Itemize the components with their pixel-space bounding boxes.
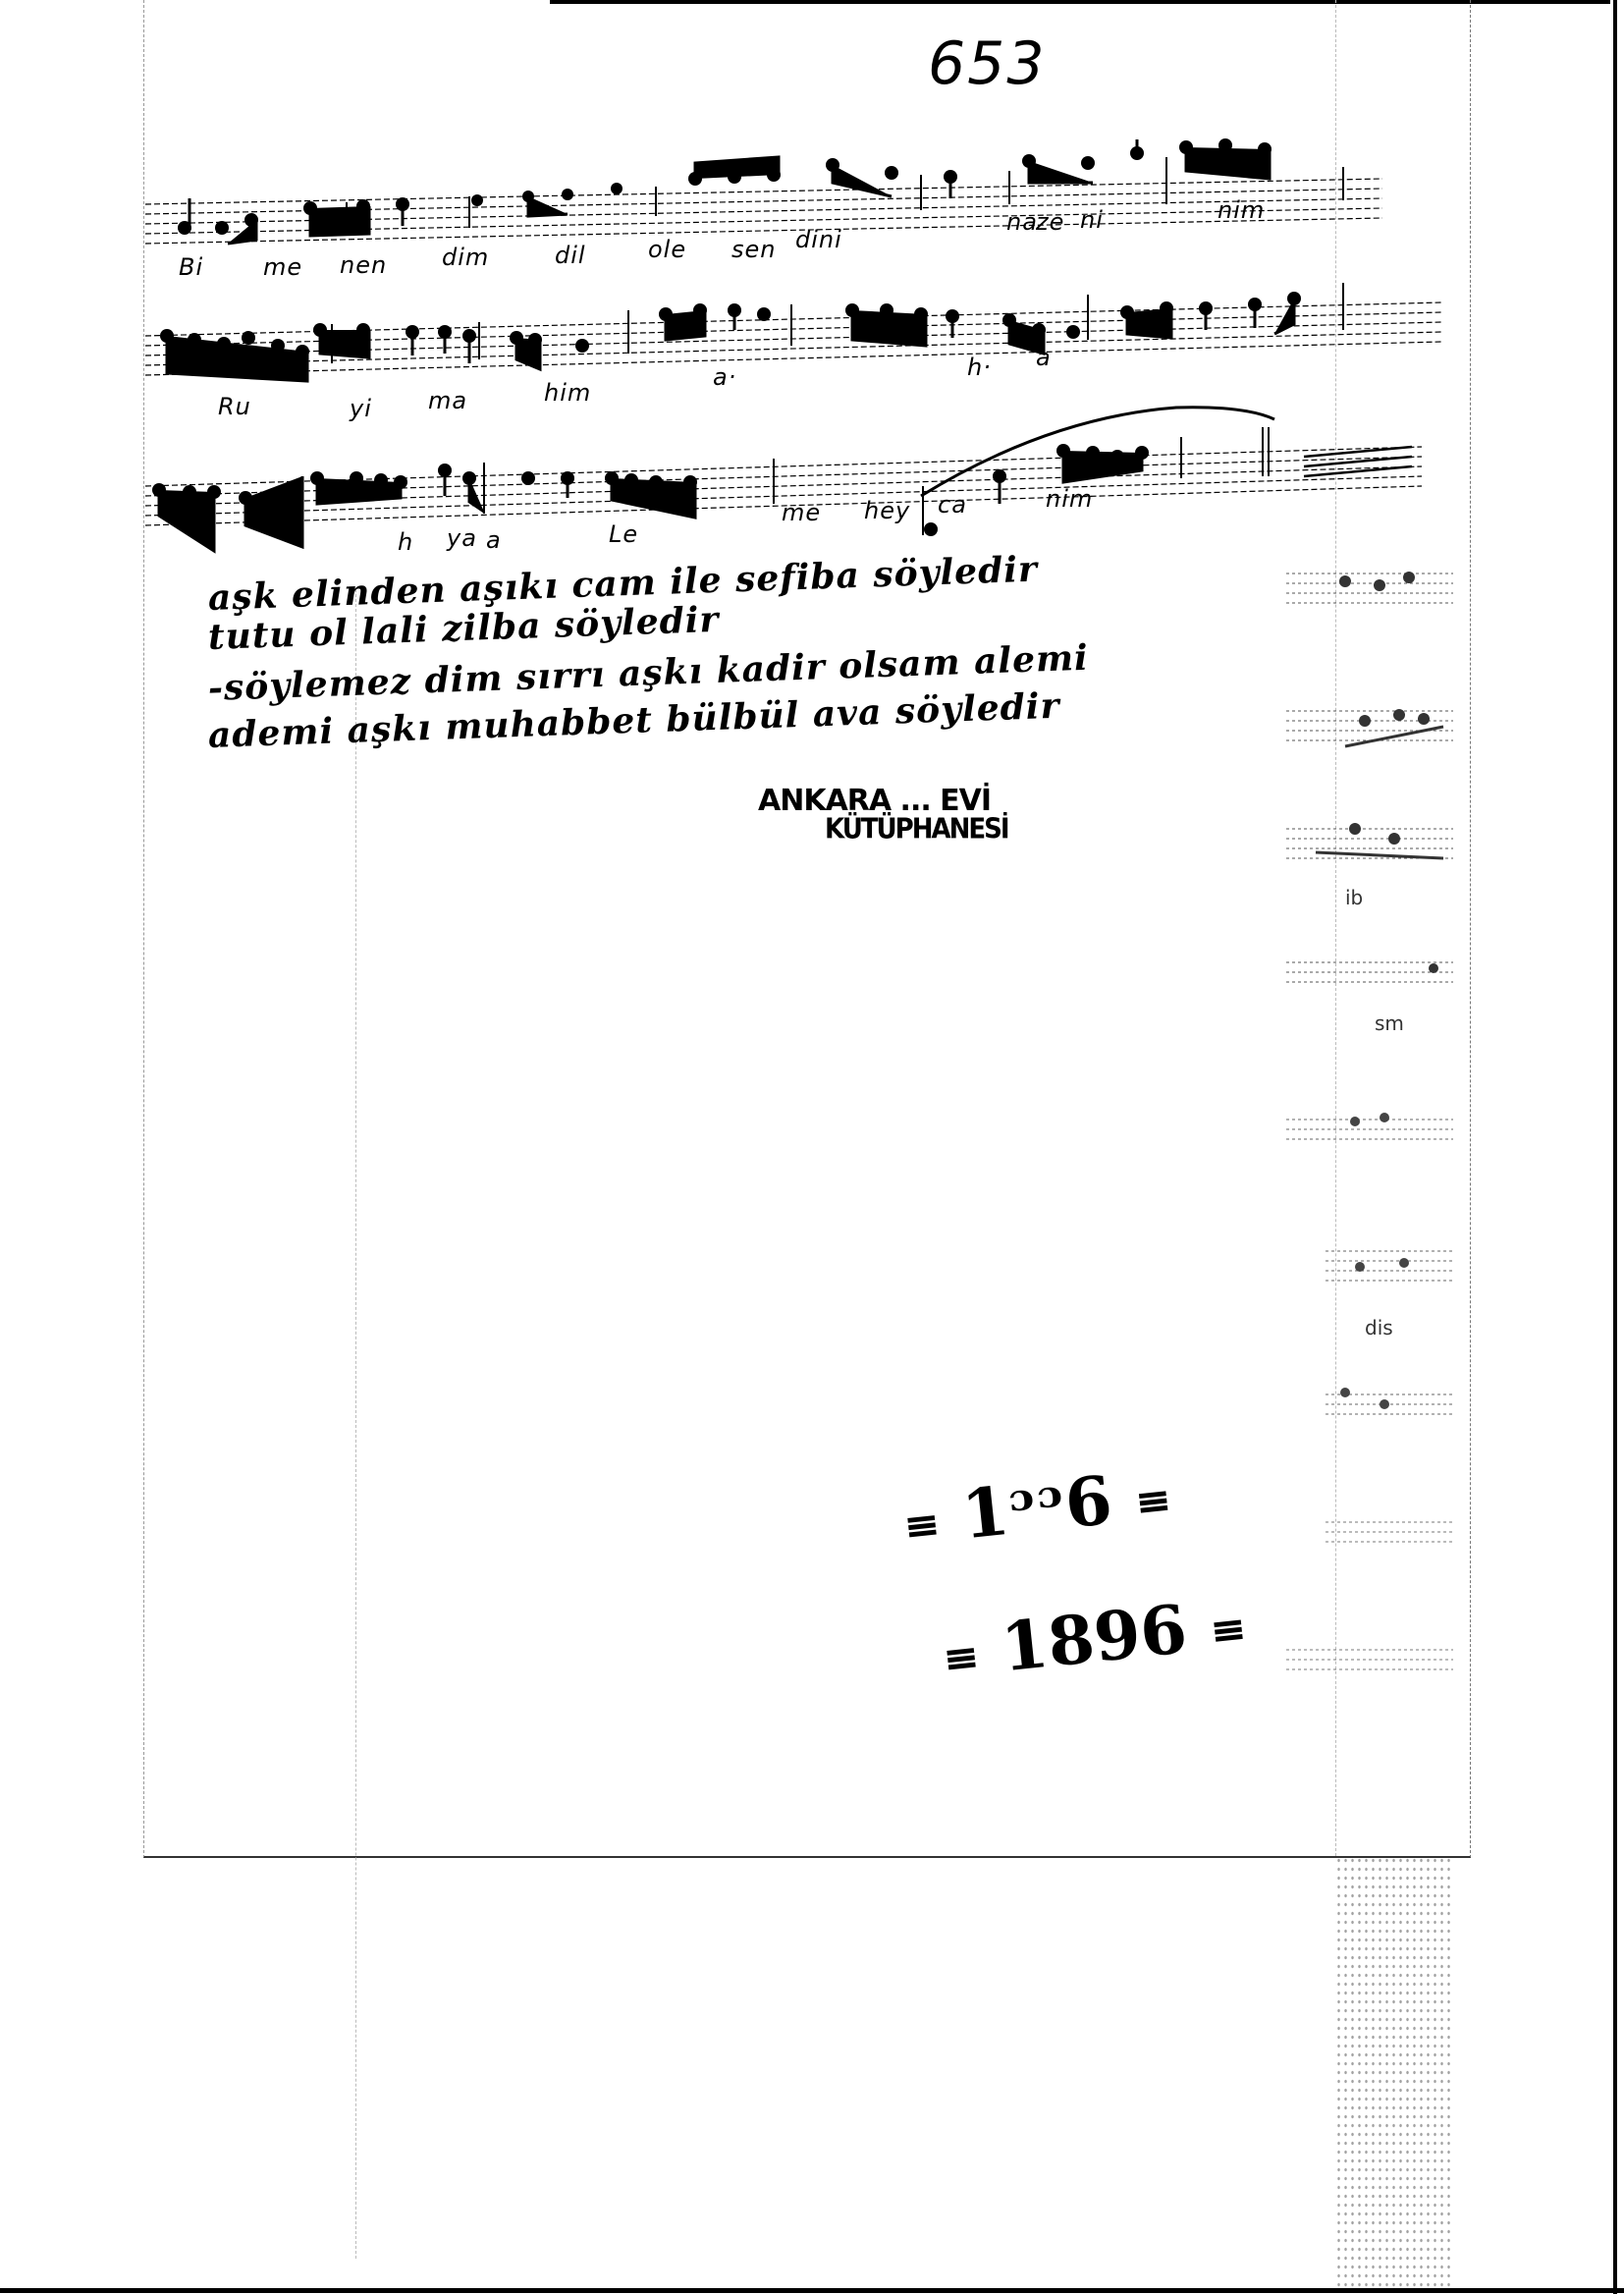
page-number: 653 [928,29,1047,98]
lyric-syllable: nim [1218,196,1265,224]
lyric-syllable: sen [731,236,776,263]
faint-staff-icon [1286,1100,1453,1159]
library-stamp: ANKARA ... EVİ KÜTÜPHANESİ [758,786,1008,844]
faint-staff-icon [1286,815,1453,874]
lyric-syllable: h· [967,354,992,381]
faint-staff-icon [1286,560,1453,619]
margin-label: sm [1375,1011,1404,1035]
lyric-syllable: a [486,526,502,554]
page-border-right [1613,0,1617,2294]
staff-notation-icon [145,275,1451,403]
lyric-syllable: ya [447,524,477,552]
faint-staff-icon [1286,1502,1453,1561]
stamp-bars-icon: ≡ [1208,1604,1249,1658]
library-stamp-line1: ANKARA ... EVİ [758,786,1008,817]
lyric-syllable: dini [795,226,842,253]
page-border-bottom [0,2288,1624,2293]
stamp-bars-icon: ≡ [941,1631,982,1685]
lyric-syllable: dil [555,242,586,269]
date-stamp-1-value: 1ᵓᵓ6 [958,1461,1115,1556]
bleed-through-notation: ib sm dis [1267,530,1463,1768]
stamp-bars-icon: ≡ [901,1499,943,1553]
faint-staff-icon [1286,1237,1453,1296]
lyric-syllable: ni [1080,206,1104,234]
stamp-bars-icon: ≡ [1133,1474,1174,1528]
lyric-syllable: Le [609,520,638,548]
scan-noise-strip [1335,1856,1453,2288]
lyric-syllable: na [1006,208,1038,236]
lyric-syllable: ca [938,491,967,519]
lyric-syllable: me [782,499,821,526]
scanned-page: 653 [0,0,1624,2294]
faint-staff-icon [1286,943,1453,1002]
lyric-syllable: ole [648,236,686,263]
faint-staff-icon [1286,1630,1453,1689]
music-staff-2 [145,275,1451,403]
bleed-through-line [355,589,357,2259]
margin-label: dis [1365,1316,1393,1339]
faint-staff-icon [1286,697,1453,756]
lyric-syllable: a· [713,363,736,391]
library-stamp-line2: KÜTÜPHANESİ [825,815,1008,845]
lyric-syllable: dim [442,244,489,271]
lyric-syllable: ze [1036,208,1064,236]
margin-label: ib [1345,886,1363,909]
lyric-syllable: a [1036,344,1052,371]
lyric-syllable: hey [864,497,910,524]
faint-staff-icon [1286,1375,1453,1434]
lyric-syllable: h [398,528,413,556]
staff-notation-icon [145,118,1392,255]
music-staff-1 [145,118,1392,255]
lyric-syllable: nim [1046,485,1093,513]
